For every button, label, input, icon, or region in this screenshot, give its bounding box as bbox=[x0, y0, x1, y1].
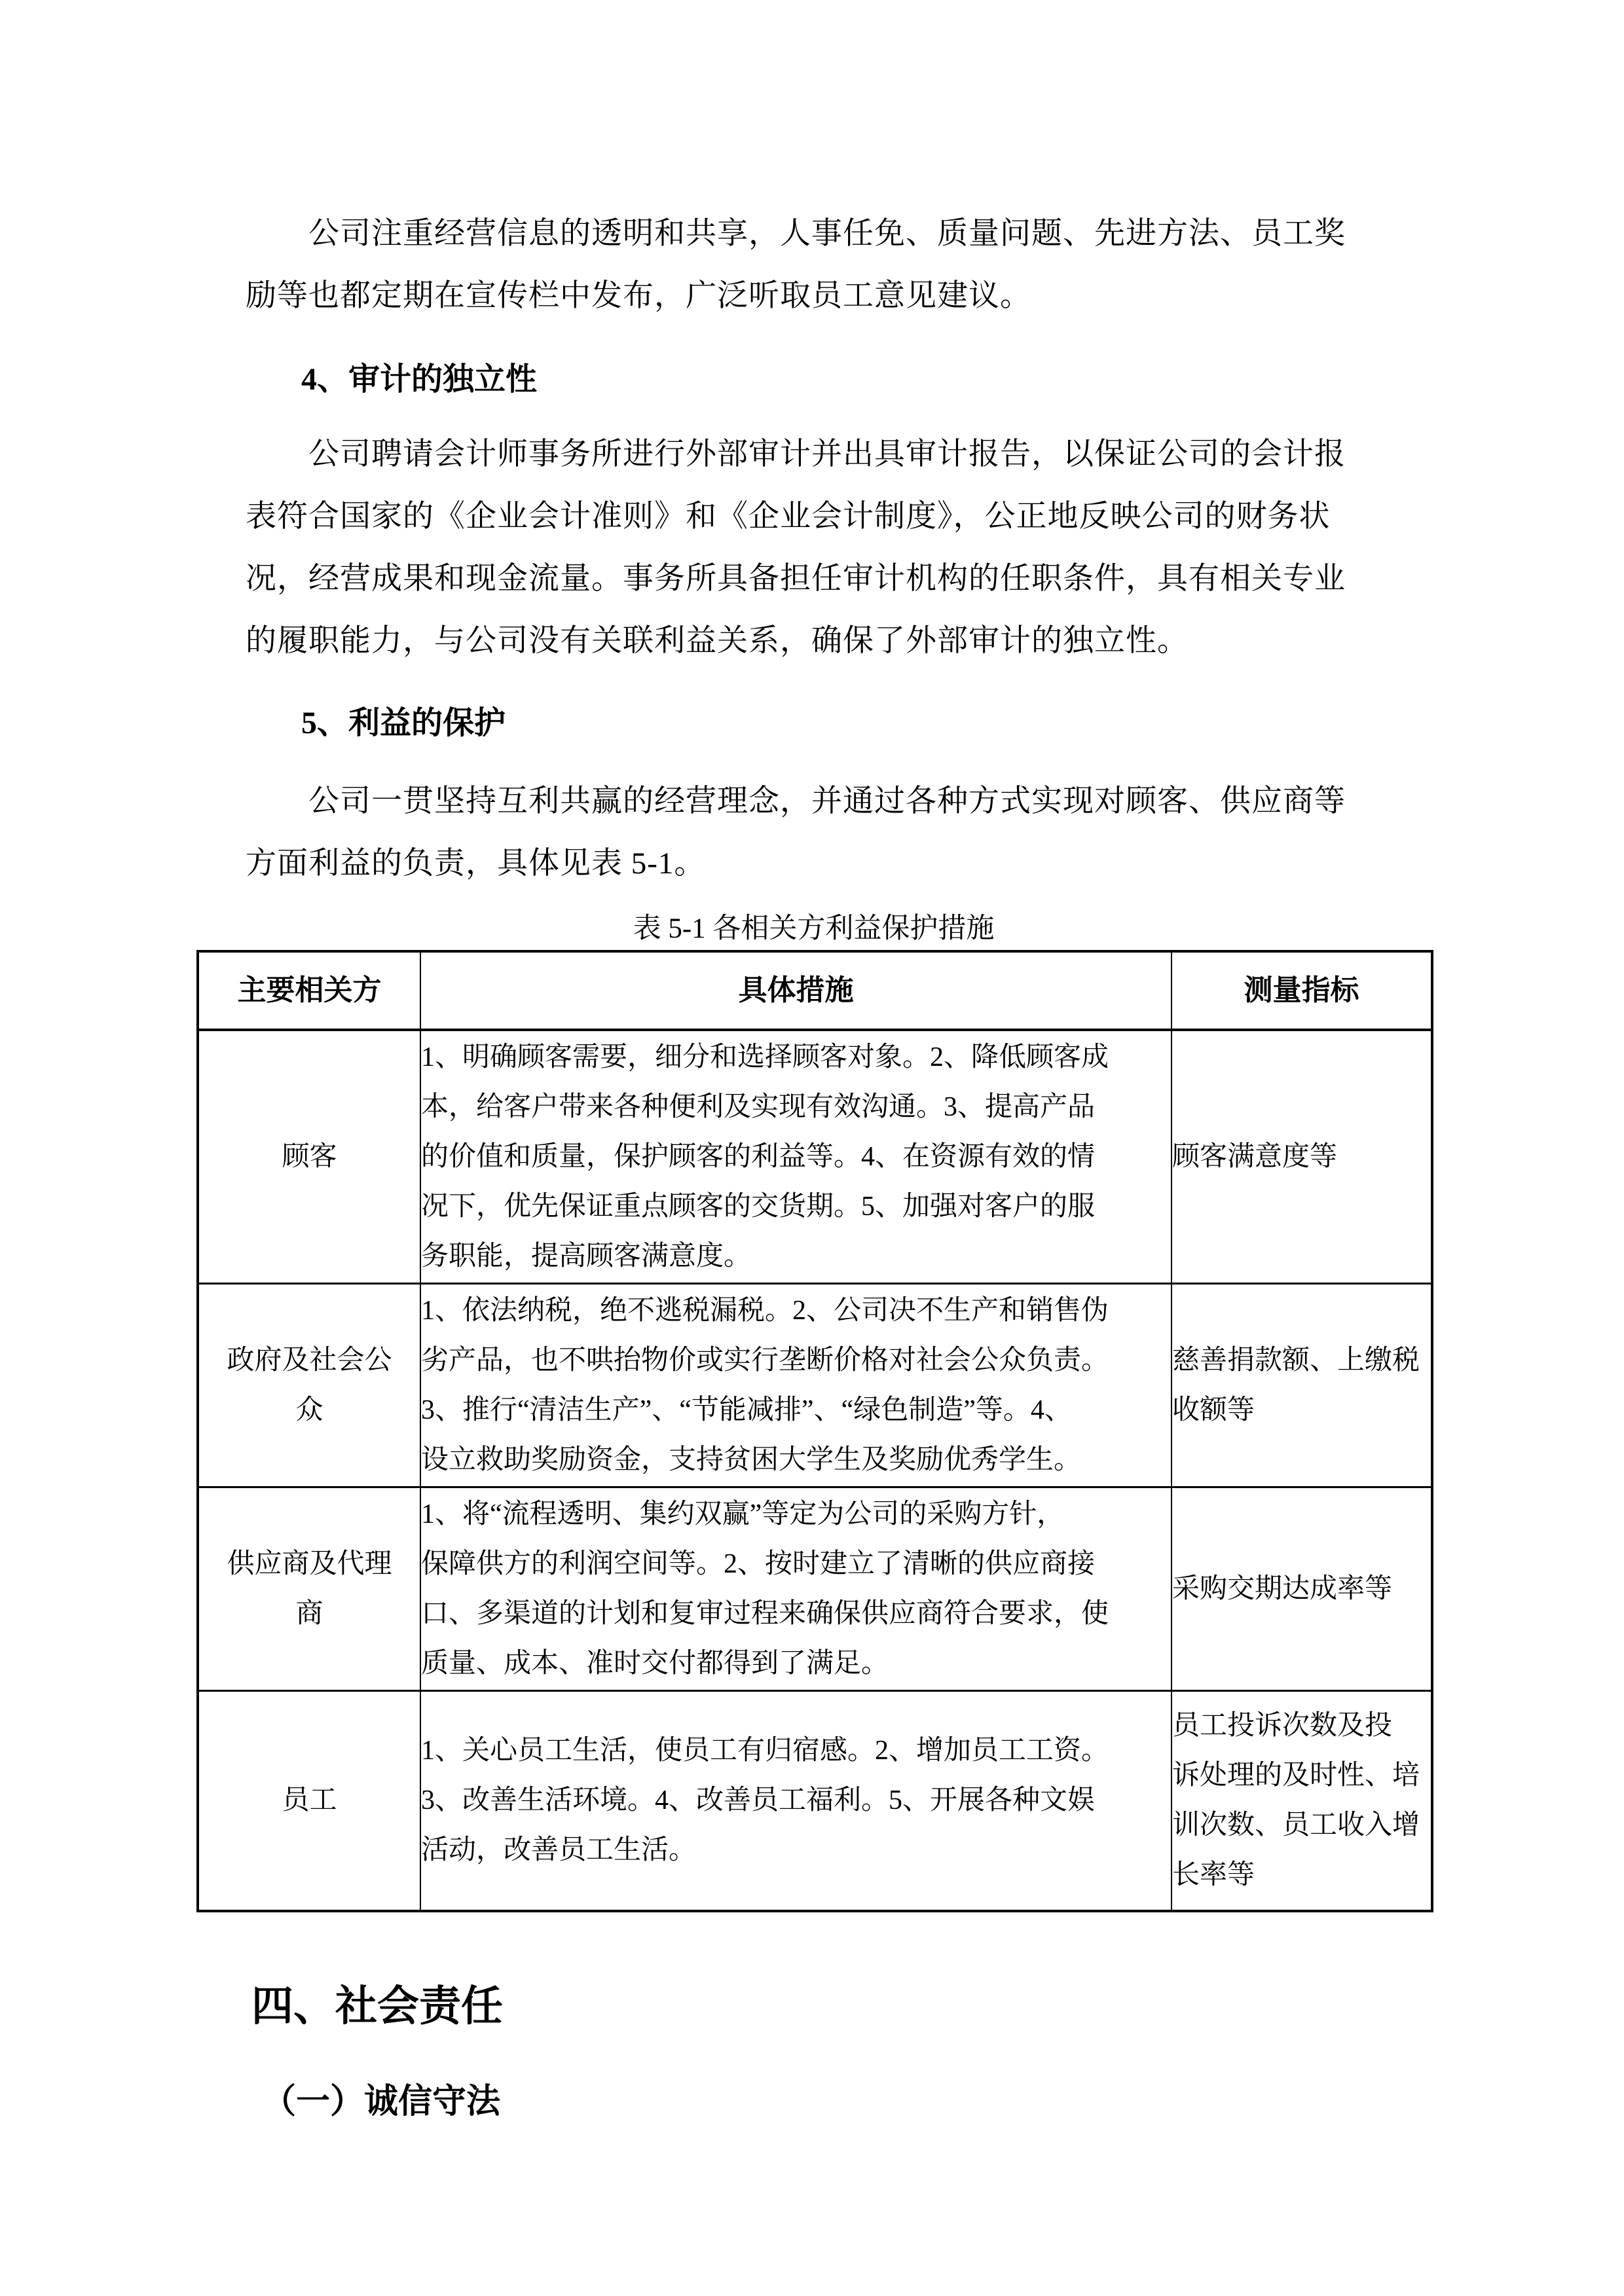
column-header-party: 主要相关方 bbox=[198, 951, 420, 1030]
document-page: 公司注重经营信息的透明和共享，人事任免、质量问题、先进方法、员工奖 励等也都定期… bbox=[0, 0, 1624, 2296]
paragraph-audit: 公司聘请会计师事务所进行外部审计并出具审计报告，以保证公司的会计报 表符合国家的… bbox=[246, 424, 1378, 672]
document-content: 公司注重经营信息的透明和共享，人事任免、质量问题、先进方法、员工奖 励等也都定期… bbox=[0, 0, 1624, 2135]
stakeholder-protection-table: 主要相关方 具体措施 测量指标 顾客 1、明确顾客需要，细分和选择顾客对象。2、… bbox=[196, 950, 1433, 1912]
column-header-measures: 具体措施 bbox=[420, 951, 1172, 1030]
table-caption: 表 5-1 各相关方利益保护措施 bbox=[196, 908, 1431, 950]
heading-social-responsibility: 四、社会责任 bbox=[251, 1970, 1431, 2043]
cell-indicators-government-public: 慈善捐款额、上缴税 收额等 bbox=[1172, 1284, 1432, 1487]
cell-measures-suppliers-agents: 1、将“流程透明、集约双赢”等定为公司的采购方针， 保障供方的利润空间等。2、按… bbox=[420, 1487, 1172, 1691]
cell-indicators-customers: 顾客满意度等 bbox=[1172, 1030, 1432, 1284]
heading-benefit-protection: 5、利益的保护 bbox=[301, 692, 1431, 754]
cell-party-customers: 顾客 bbox=[198, 1030, 420, 1284]
cell-measures-employees: 1、关心员工生活，使员工有归宿感。2、增加员工工资。 3、改善生活环境。4、改善… bbox=[420, 1691, 1172, 1911]
table-row-government-public: 政府及社会公 众 1、依法纳税，绝不逃税漏税。2、公司决不生产和销售伪 劣产品，… bbox=[198, 1284, 1432, 1487]
table-row-suppliers-agents: 供应商及代理 商 1、将“流程透明、集约双赢”等定为公司的采购方针， 保障供方的… bbox=[198, 1487, 1432, 1691]
cell-party-suppliers-agents: 供应商及代理 商 bbox=[198, 1487, 420, 1691]
cell-party-government-public: 政府及社会公 众 bbox=[198, 1284, 420, 1487]
cell-measures-customers: 1、明确顾客需要，细分和选择顾客对象。2、降低顾客成 本，给客户带来各种便利及实… bbox=[420, 1030, 1172, 1284]
cell-measures-government-public: 1、依法纳税，绝不逃税漏税。2、公司决不生产和销售伪 劣产品，也不哄抬物价或实行… bbox=[420, 1284, 1172, 1487]
column-header-indicators: 测量指标 bbox=[1172, 951, 1432, 1030]
table-row-customers: 顾客 1、明确顾客需要，细分和选择顾客对象。2、降低顾客成 本，给客户带来各种便… bbox=[198, 1030, 1432, 1284]
heading-integrity-law: （一）诚信守法 bbox=[262, 2069, 1431, 2135]
paragraph-benefit: 公司一贯坚持互利共赢的经营理念，并通过各种方式实现对顾客、供应商等 方面利益的负… bbox=[246, 771, 1378, 895]
table-header-row: 主要相关方 具体措施 测量指标 bbox=[198, 951, 1432, 1030]
cell-indicators-suppliers-agents: 采购交期达成率等 bbox=[1172, 1487, 1432, 1691]
heading-audit-independence: 4、审计的独立性 bbox=[301, 348, 1431, 410]
table-row-employees: 员工 1、关心员工生活，使员工有归宿感。2、增加员工工资。 3、改善生活环境。4… bbox=[198, 1691, 1432, 1911]
cell-party-employees: 员工 bbox=[198, 1691, 420, 1911]
paragraph-info-sharing: 公司注重经营信息的透明和共享，人事任免、质量问题、先进方法、员工奖 励等也都定期… bbox=[246, 203, 1378, 327]
cell-indicators-employees: 员工投诉次数及投 诉处理的及时性、培 训次数、员工收入增 长率等 bbox=[1172, 1691, 1432, 1911]
